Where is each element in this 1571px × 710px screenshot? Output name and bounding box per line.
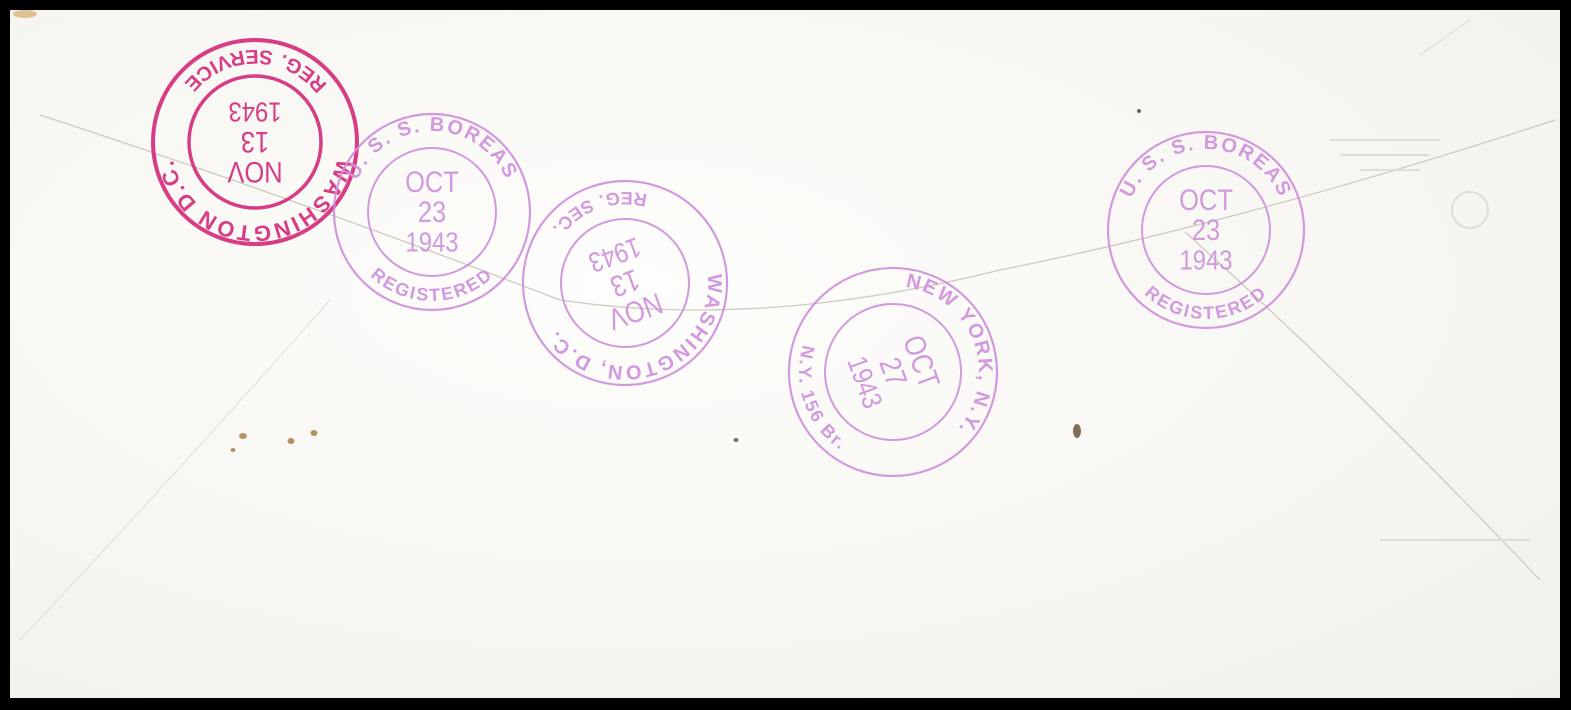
postmark-outer-text: WASHINGTON, D.C. (540, 267, 751, 411)
postmark-year: 1943 (1180, 244, 1233, 276)
stain-spots (13, 10, 1141, 452)
photo-frame: WASHINGTON D.C.REG. SERVICENOV131943U. S… (0, 0, 1571, 710)
postmark-day: 23 (418, 195, 446, 228)
postmark-year: 1943 (406, 226, 459, 258)
postmark-new-york-oct27: NEW YORK, N.Y.N.Y. 156 Br.OCT271943 (760, 239, 1027, 506)
postmark-day: 23 (1192, 213, 1220, 246)
envelope-artwork: WASHINGTON D.C.REG. SERVICENOV131943U. S… (0, 0, 1571, 710)
postmark-bottom-text: REG. SERVICE (179, 45, 331, 97)
postmark-month: OCT (1179, 183, 1233, 216)
postmark-month: NOV (227, 156, 283, 189)
postmark-uss-boreas-oct23-b: U. S. S. BOREASREGISTEREDOCT231943 (1108, 132, 1304, 328)
postmark-month: OCT (405, 165, 459, 198)
postmark-day: 13 (241, 126, 269, 159)
postmark-uss-boreas-oct23-a: U. S. S. BOREASREGISTEREDOCT231943 (334, 114, 530, 310)
postmark-year: 1943 (229, 96, 282, 128)
faint-ghost-marks (1330, 140, 1530, 540)
postmark-washington-dc-nov13: WASHINGTON D.C.REG. SERVICENOV131943 (153, 40, 357, 246)
postmark-washington-reg-sec-nov13: WASHINGTON, D.C.REG. SEC.NOV131943 (494, 152, 755, 413)
